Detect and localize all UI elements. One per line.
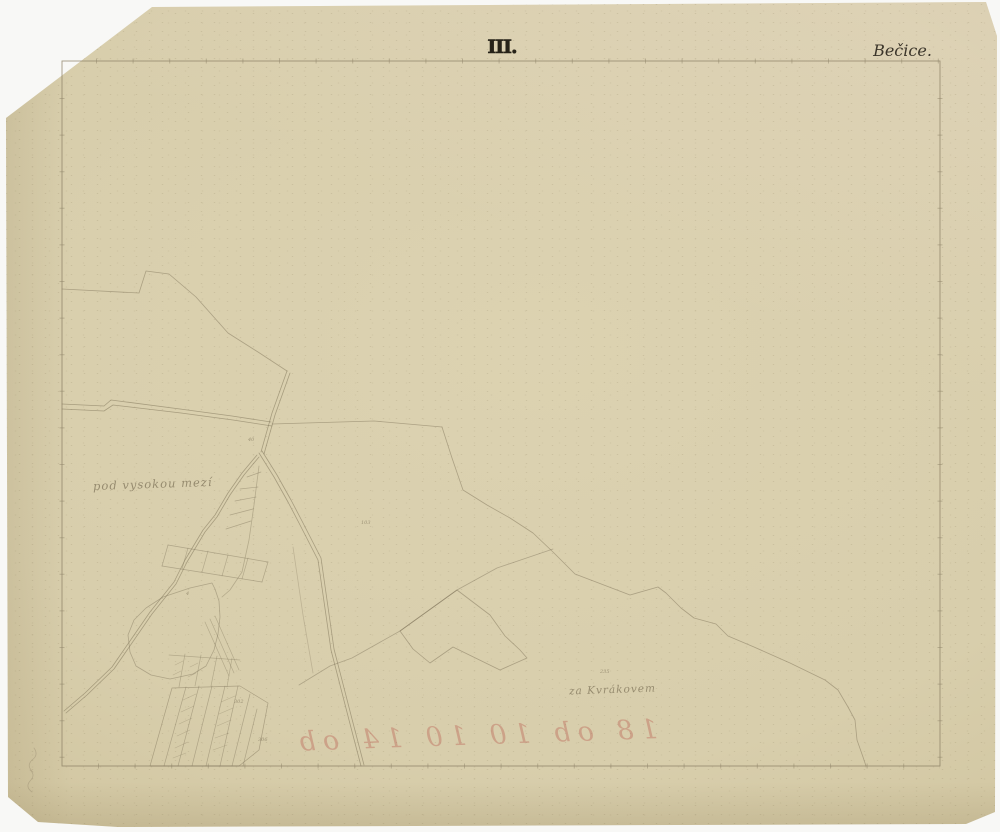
parcel-outline	[400, 590, 527, 670]
strip-divider	[164, 686, 257, 766]
boundary-line	[62, 271, 287, 371]
strip-divider	[230, 509, 253, 515]
margin-scribble	[28, 770, 33, 792]
strip-band-edge	[169, 655, 240, 660]
strip-parcels	[150, 472, 268, 766]
boundary-line	[293, 547, 313, 673]
strip-divider	[235, 497, 256, 501]
parcel-numbers: 40 103 235 4 302 306	[185, 437, 610, 743]
strip-divider	[205, 616, 239, 676]
parcel-number: 40	[247, 437, 255, 443]
boundary-line	[272, 421, 442, 427]
sheet-number: III.	[470, 36, 534, 58]
road-line	[264, 373, 290, 454]
strip-divider	[226, 521, 251, 529]
neatline-rectangle	[62, 61, 940, 766]
parcel-number: 302	[234, 699, 244, 705]
parcel-number: 306	[258, 737, 268, 743]
strip-band-edge	[162, 545, 268, 582]
parcel-boundaries	[62, 271, 866, 766]
road-line	[261, 371, 287, 452]
frame-border	[62, 61, 940, 766]
road-line	[66, 457, 259, 713]
roads	[62, 371, 364, 766]
parcel-number: 103	[361, 520, 371, 526]
pencil-scribbles	[28, 748, 36, 792]
strip-band-edge	[162, 566, 262, 582]
map-drawing: 40 103 235 4 302 306	[0, 0, 1000, 832]
strip-band-edge	[168, 545, 268, 562]
strip-divider	[247, 472, 261, 477]
parcel-outline	[128, 583, 220, 679]
margin-scribble	[29, 748, 36, 772]
sheet-title: Bečice.	[855, 41, 950, 60]
parcel-number: 4	[185, 591, 189, 597]
road-line	[62, 405, 272, 426]
road-line	[64, 455, 257, 711]
boundary-line	[299, 549, 553, 685]
parcel-number: 235	[599, 669, 610, 675]
boundary-line	[222, 466, 259, 597]
road-line	[259, 453, 361, 766]
hatch-lines	[173, 694, 196, 758]
strip-divider	[240, 487, 258, 489]
hatching	[173, 661, 235, 758]
scanned-map-sheet: 40 103 235 4 302 306 III. Bečice. pod vy…	[0, 0, 1000, 832]
hatch-lines	[173, 661, 198, 677]
